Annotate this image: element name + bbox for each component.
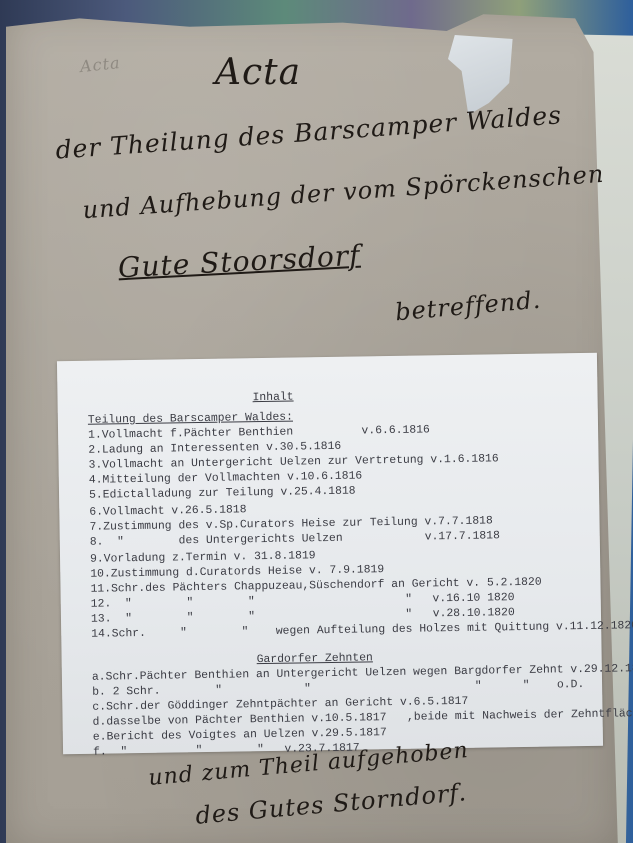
section-1-item: 5.Edictalladung zur Teilung v.25.4.1818 (89, 485, 356, 505)
contents-label: Inhalt Teilung des Barscamper Waldes: 1.… (57, 353, 603, 754)
label-heading: Inhalt (252, 391, 293, 407)
cover-title: Acta (215, 52, 301, 93)
